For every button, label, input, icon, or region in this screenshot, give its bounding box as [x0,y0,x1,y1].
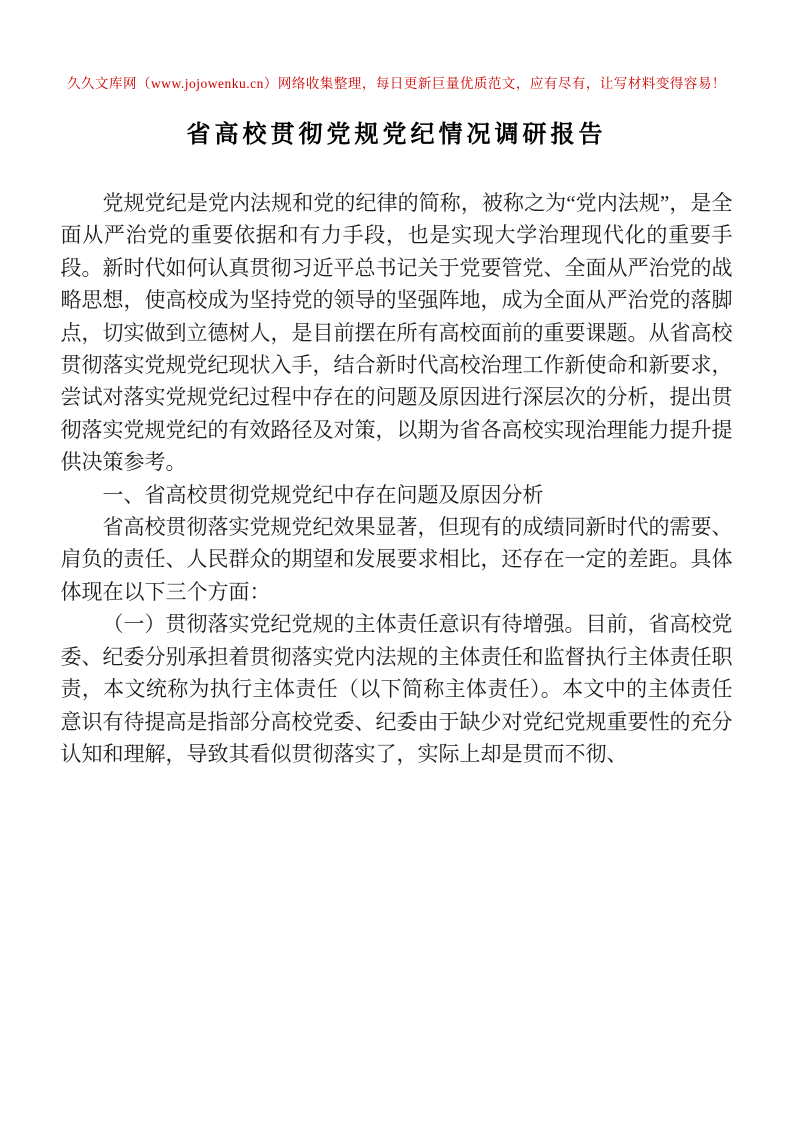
paragraph-subsection-1: （一）贯彻落实党纪党规的主体责任意识有待增强。目前，省高校党委、纪委分别承担着贯… [61,608,733,770]
document-title: 省高校贯彻党规党纪情况调研报告 [0,114,793,149]
section-heading-1: 一、省高校贯彻党规党纪中存在问题及原因分析 [61,479,733,511]
document-body: 党规党纪是党内法规和党的纪律的简称，被称之为“党内法规”，是全面从严治党的重要依… [61,187,733,770]
document-page: 久久文库网（www.jojowenku.cn）网络收集整理，每日更新巨量优质范文… [0,0,793,1122]
paragraph-overview: 省高校贯彻落实党规党纪效果显著，但现有的成绩同新时代的需要、肩负的责任、人民群众… [61,511,733,608]
watermark-notice: 久久文库网（www.jojowenku.cn）网络收集整理，每日更新巨量优质范文… [0,0,793,92]
paragraph-intro: 党规党纪是党内法规和党的纪律的简称，被称之为“党内法规”，是全面从严治党的重要依… [61,187,733,479]
